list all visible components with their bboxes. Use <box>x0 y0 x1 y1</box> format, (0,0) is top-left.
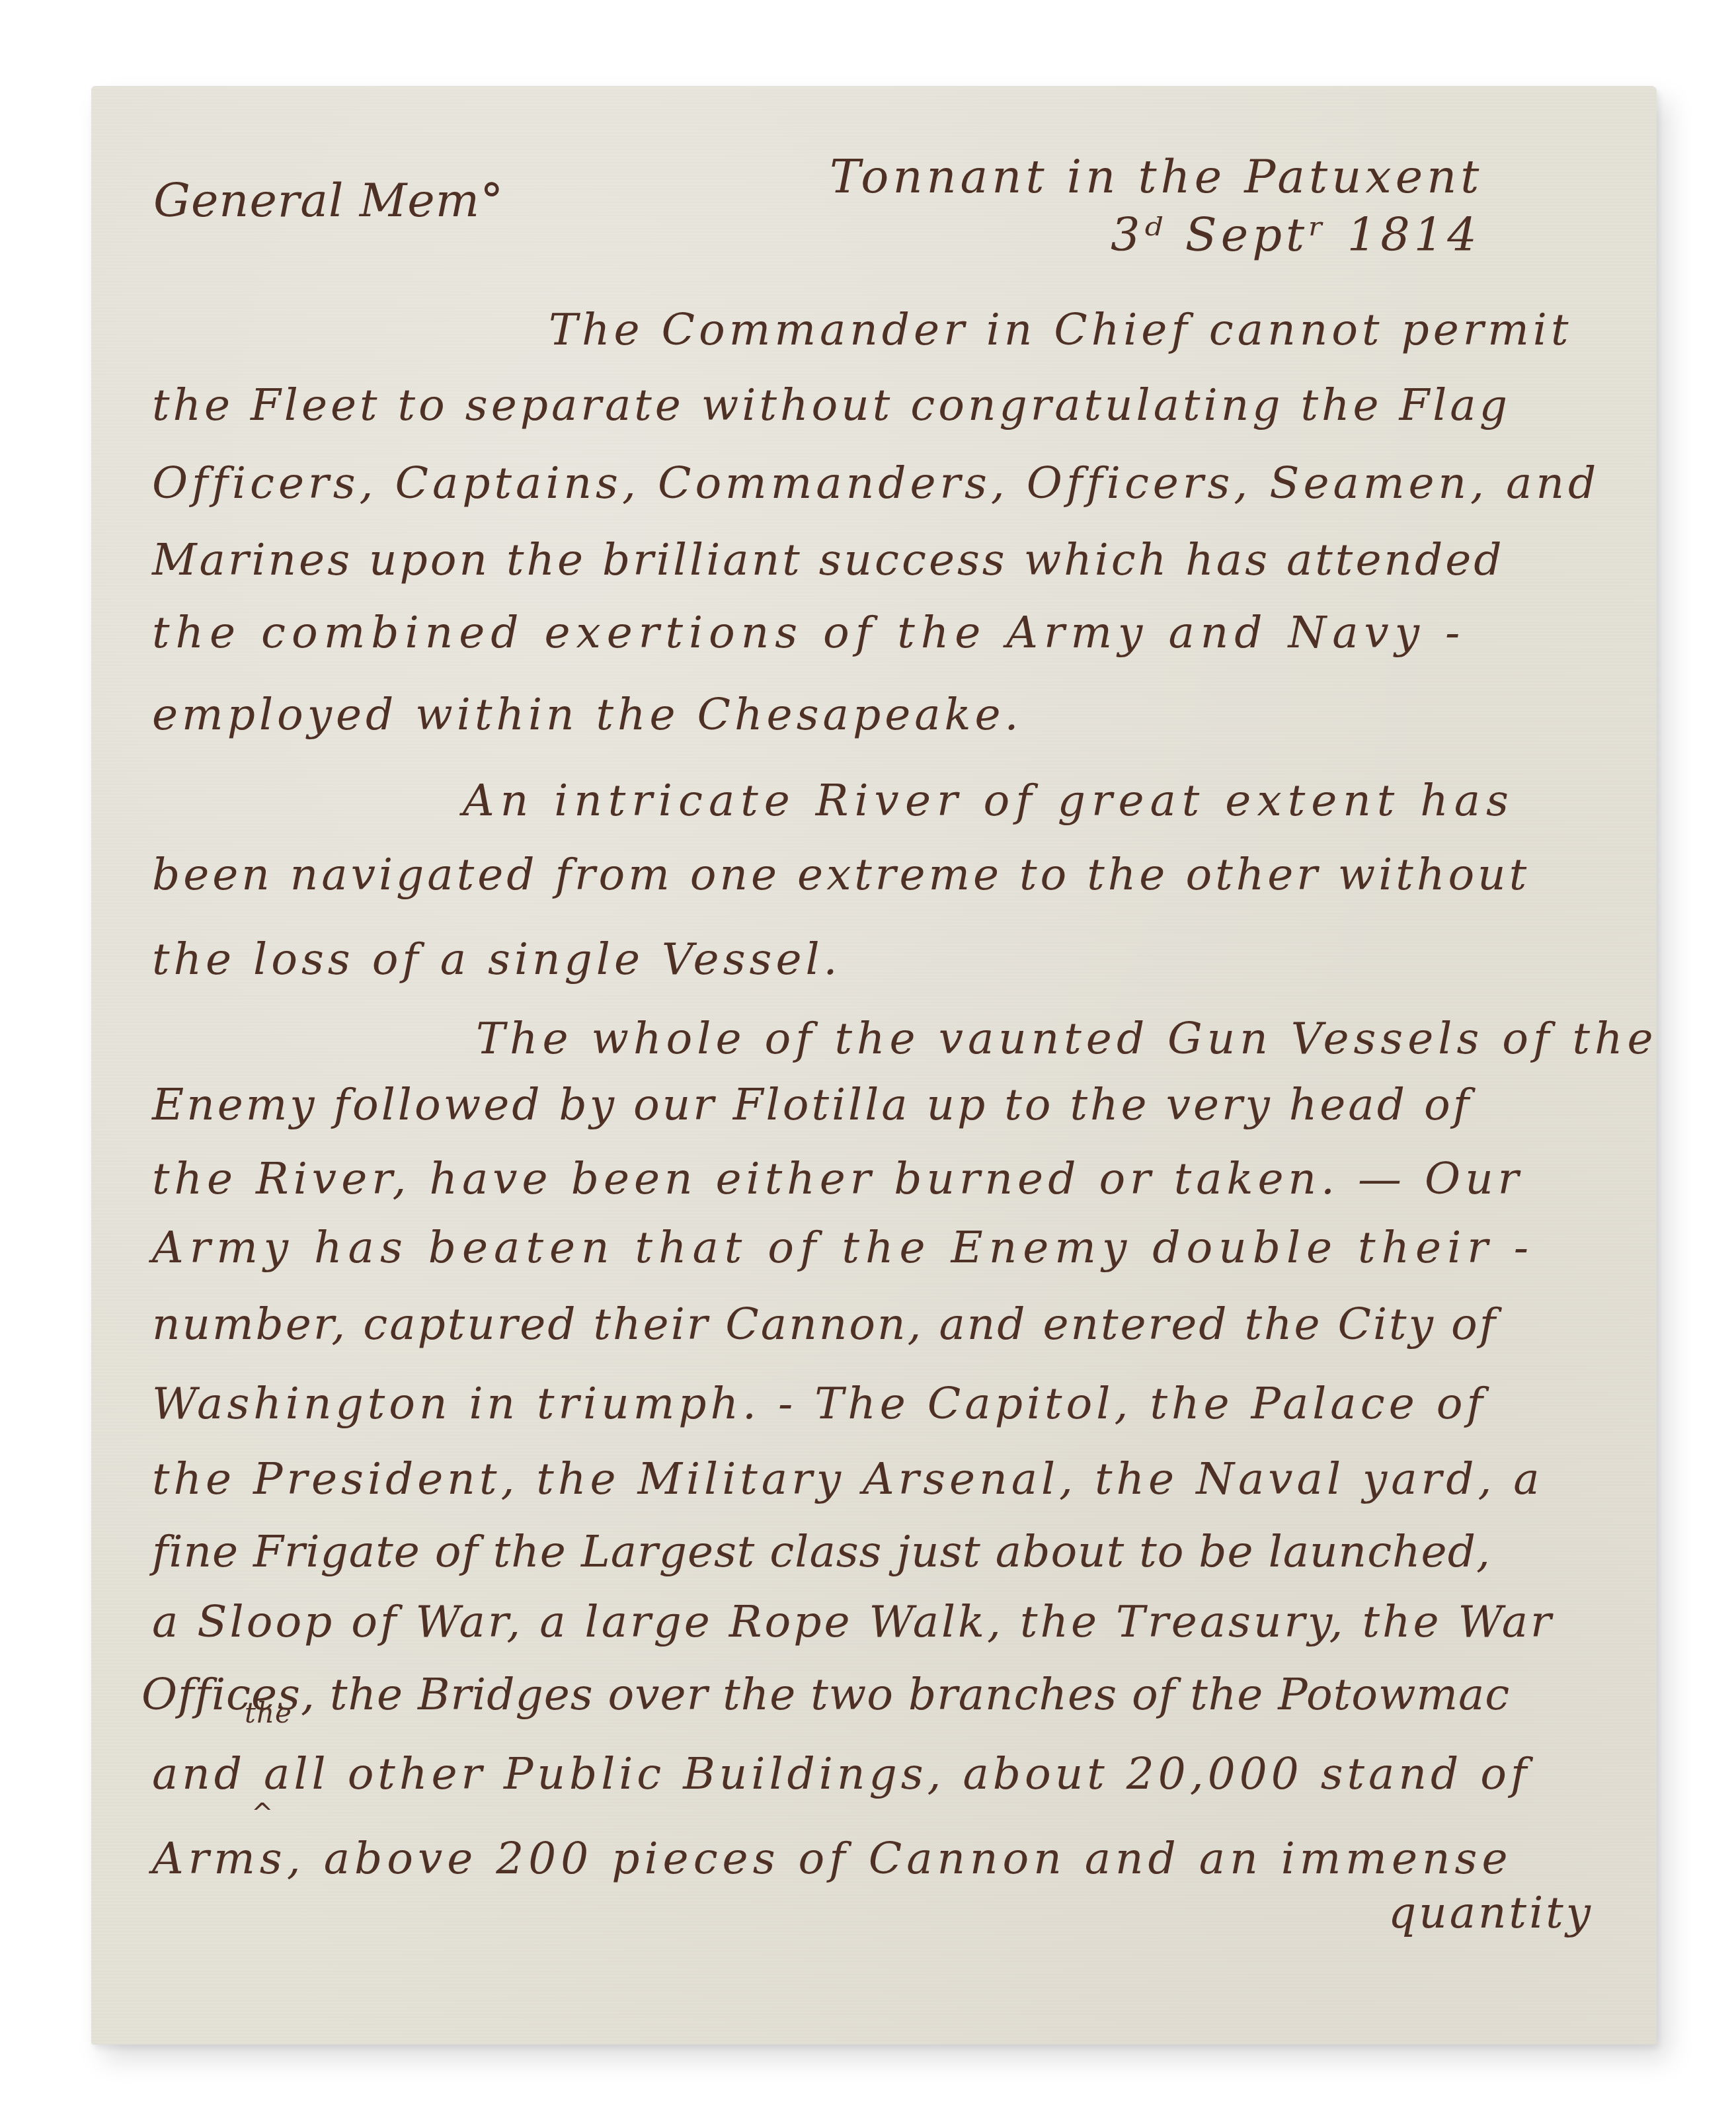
insertion-the: the <box>245 1699 292 1727</box>
memo-heading: General Mem° <box>153 177 504 224</box>
insertion-caret: ^ <box>251 1799 274 1829</box>
body-line-6: employed within the Chesapeake. <box>152 693 1023 737</box>
body-line-3: Officers, Captains, Commanders, Officers… <box>152 462 1600 505</box>
body-line-1: The Commander in Chief cannot permit <box>549 308 1572 352</box>
body-line-4: Marines upon the brilliant success which… <box>152 538 1505 582</box>
place-line: Tonnant in the Patuxent <box>830 153 1483 200</box>
body-line-8: been navigated from one extreme to the o… <box>152 853 1530 897</box>
body-line-20: and all other Public Buildings, about 20… <box>152 1752 1530 1796</box>
catchword-quantity: quantity <box>1388 1891 1593 1935</box>
body-line-9: the loss of a single Vessel. <box>152 938 842 981</box>
body-line-12: the River, have been either burned or ta… <box>152 1157 1523 1201</box>
body-line-15: Washington in triumph. - The Capitol, th… <box>152 1382 1487 1426</box>
body-line-13: Army has beaten that of the Enemy double… <box>152 1226 1534 1270</box>
body-line-14: number, captured their Cannon, and enter… <box>152 1303 1497 1346</box>
body-line-10: The whole of the vaunted Gun Vessels of … <box>476 1017 1657 1061</box>
body-line-11: Enemy followed by our Flotilla up to the… <box>152 1083 1472 1127</box>
date-line: 3ᵈ Septʳ 1814 <box>1111 212 1481 258</box>
body-line-7: An intricate River of great extent has <box>463 779 1515 823</box>
body-line-2: the Fleet to separate without congratula… <box>152 384 1511 427</box>
body-line-5: the combined exertions of the Army and N… <box>152 611 1466 655</box>
body-line-19: Offices, the Bridges over the two branch… <box>141 1673 1510 1717</box>
body-line-18: a Sloop of War, a large Rope Walk, the T… <box>152 1600 1554 1644</box>
body-line-17: fine Frigate of the Largest class just a… <box>152 1530 1491 1574</box>
body-line-21: Arms, above 200 pieces of Cannon and an … <box>152 1837 1512 1881</box>
body-line-16: the President, the Military Arsenal, the… <box>152 1457 1544 1501</box>
